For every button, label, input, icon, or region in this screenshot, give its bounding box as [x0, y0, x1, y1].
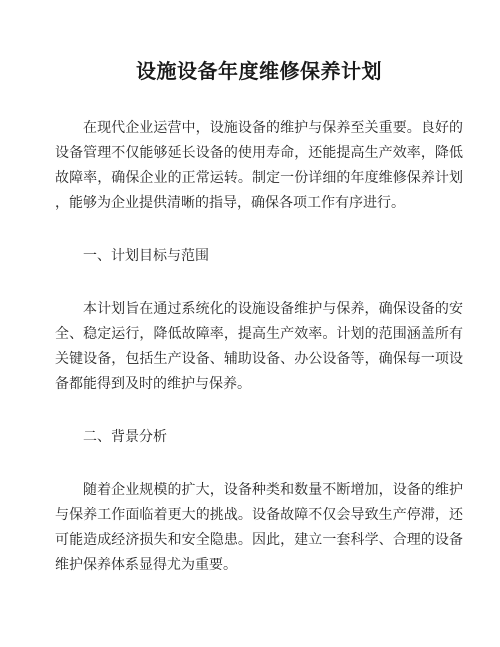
text-line: 全、稳定运行，降低故障率，提高生产效率。计划的范围涵盖所有 [55, 322, 463, 347]
text-line: 在现代企业运营中，设施设备的维护与保养至关重要。良好的 [55, 116, 463, 141]
text-line: ，能够为企业提供清晰的指导，确保各项工作有序进行。 [55, 191, 463, 216]
text-line: 备都能得到及时的维护与保养。 [55, 372, 463, 397]
text-line: 设备管理不仅能够延长设备的使用寿命，还能提高生产效率，降低 [55, 141, 463, 166]
section-paragraph-goals-scope: 本计划旨在通过系统化的设施设备维护与保养，确保设备的安 全、稳定运行，降低故障率… [55, 297, 463, 397]
text-line: 与保养工作面临着更大的挑战。设备故障不仅会导致生产停滞，还 [55, 503, 463, 528]
document-page: 设施设备年度维修保养计划 在现代企业运营中，设施设备的维护与保养至关重要。良好的… [0, 0, 500, 647]
document-content: 设施设备年度维修保养计划 在现代企业运营中，设施设备的维护与保养至关重要。良好的… [55, 56, 463, 606]
text-line: 可能造成经济损失和安全隐患。因此，建立一套科学、合理的设备 [55, 528, 463, 553]
text-line: 随着企业规模的扩大，设备种类和数量不断增加，设备的维护 [55, 478, 463, 503]
section-paragraph-background-analysis: 随着企业规模的扩大，设备种类和数量不断增加，设备的维护 与保养工作面临着更大的挑… [55, 478, 463, 578]
section-heading-goals-scope: 一、计划目标与范围 [55, 244, 463, 269]
text-line: 关键设备，包括生产设备、辅助设备、办公设备等，确保每一项设 [55, 347, 463, 372]
text-line: 维护保养体系显得尤为重要。 [55, 553, 463, 578]
section-heading-background-analysis: 二、背景分析 [55, 425, 463, 450]
intro-paragraph: 在现代企业运营中，设施设备的维护与保养至关重要。良好的 设备管理不仅能够延长设备… [55, 116, 463, 216]
text-line: 本计划旨在通过系统化的设施设备维护与保养，确保设备的安 [55, 297, 463, 322]
document-title: 设施设备年度维修保养计划 [55, 56, 463, 86]
text-line: 故障率，确保企业的正常运转。制定一份详细的年度维修保养计划 [55, 166, 463, 191]
